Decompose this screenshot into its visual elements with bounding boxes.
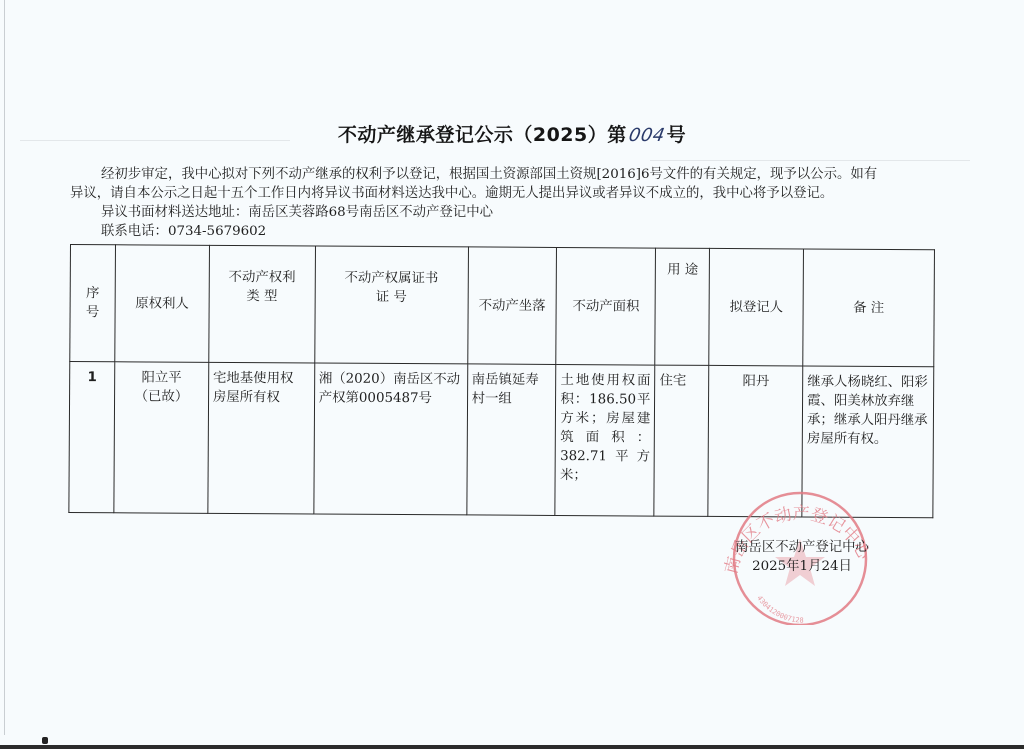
contact-phone: 联系电话：0734-5679602 bbox=[101, 222, 266, 241]
intro-paragraph-line2: 异议，请自本公示之日起十五个工作日内将异议书面材料送达我中心。逾期无人提出异议或… bbox=[70, 184, 833, 203]
signature-org: 南岳区不动产登记中心 bbox=[726, 538, 878, 557]
header-original-holder: 原权利人 bbox=[115, 245, 210, 363]
header-proposed-registrant: 拟登记人 bbox=[709, 248, 804, 366]
title-suffix: 号 bbox=[667, 124, 687, 146]
cell-use: 住宅 bbox=[654, 365, 709, 516]
header-area: 不动产面积 bbox=[556, 247, 656, 365]
seal-code: 4304120007128 bbox=[755, 594, 804, 624]
signature-date: 2025年1月24日 bbox=[726, 557, 878, 576]
cell-right-type: 宅地基使用权 房屋所有权 bbox=[208, 362, 315, 514]
scan-artifact-dot bbox=[42, 737, 48, 744]
signature-block: 南岳区不动产登记中心 2025年1月24日 bbox=[726, 538, 878, 576]
cell-seq: 1 bbox=[69, 362, 115, 513]
objection-address: 异议书面材料送达地址：南岳区芙蓉路68号南岳区不动产登记中心 bbox=[101, 203, 493, 222]
title-text: 不动产继承登记公示（2025）第 bbox=[338, 124, 627, 146]
table-header-row: 序 号 原权利人 不动产权利 类 型 不动产权属证书 证 号 不动产坐落 不动产… bbox=[70, 245, 935, 367]
document-title: 不动产继承登记公示（2025）第004号 bbox=[0, 120, 1024, 147]
header-right-type: 不动产权利 类 型 bbox=[209, 245, 316, 363]
inheritance-registration-table: 序 号 原权利人 不动产权利 类 型 不动产权属证书 证 号 不动产坐落 不动产… bbox=[68, 244, 935, 518]
header-location: 不动产坐落 bbox=[467, 247, 557, 365]
header-certificate-no: 不动产权属证书 证 号 bbox=[314, 246, 468, 364]
scan-page-edge bbox=[4, 0, 5, 735]
cell-certificate-no: 湘（2020）南岳区不动产权第0005487号 bbox=[314, 363, 468, 515]
header-remarks: 备 注 bbox=[803, 249, 935, 367]
svg-text:4304120007128: 4304120007128 bbox=[755, 594, 804, 624]
cell-original-holder: 阳立平 （已故） bbox=[114, 362, 209, 514]
intro-paragraph-line1: 经初步审定，我中心拟对下列不动产继承的权利予以登记，根据国土资源部国土资规[20… bbox=[101, 165, 877, 184]
header-use: 用 途 bbox=[655, 248, 710, 365]
scan-bottom-edge bbox=[0, 745, 1024, 749]
header-seq: 序 号 bbox=[70, 245, 116, 362]
handwritten-number: 004 bbox=[627, 125, 667, 146]
cell-location: 南岳镇延寿村一组 bbox=[466, 364, 556, 516]
scan-artifact-line bbox=[650, 160, 970, 161]
cell-area: 土地使用权面积：186.50平方米；房屋建筑面积：382.71平方米； bbox=[555, 364, 655, 516]
